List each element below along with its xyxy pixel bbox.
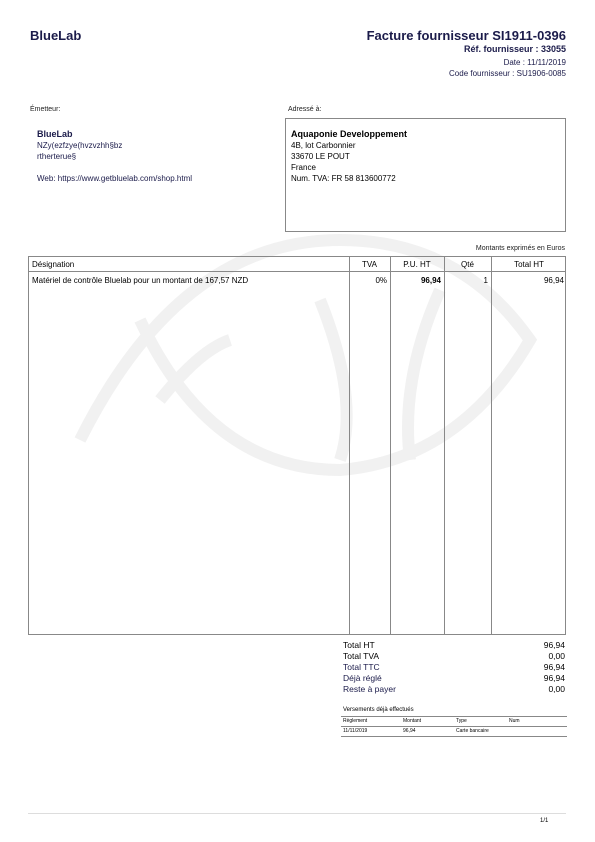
payments-col-header: Montant [403,718,421,724]
recipient-vat: Num. TVA: FR 58 813600772 [291,173,407,184]
total-label: Total TVA [343,651,379,662]
recipient-address-line: 33670 LE POUT [291,151,407,162]
total-value: 96,94 [544,673,565,684]
totals-block: Total HT96,94 Total TVA0,00 Total TTC96,… [343,640,565,695]
col-header-qty: Qté [444,260,491,269]
recipient-address-line: 4B, lot Carbonnier [291,140,407,151]
line-tva: 0% [349,276,387,285]
invoice-title: Facture fournisseur SI1911-0396 [367,28,566,43]
col-header-total-ht: Total HT [491,260,567,269]
total-value: 0,00 [548,684,565,695]
payments-col-header: Num [509,718,520,724]
payment-amount: 96,94 [403,728,416,734]
recipient-block: Aquaponie Developpement 4B, lot Carbonni… [291,129,407,184]
supplier-ref: Réf. fournisseur : 33055 [464,44,566,54]
sender-name: BlueLab [37,129,192,140]
line-pu-ht: 96,94 [390,276,441,285]
line-total-ht: 96,94 [491,276,564,285]
total-value: 0,00 [548,651,565,662]
sender-label: Émetteur: [30,106,60,113]
payment-type: Carte bancaire [456,728,489,734]
payments-header-row: Règlement Montant Type Num [341,716,567,726]
col-header-pu-ht: P.U. HT [390,260,444,269]
col-header-designation: Désignation [32,260,74,269]
total-label: Total TTC [343,662,380,673]
payments-col-header: Règlement [343,718,367,724]
total-tva-row: Total TVA0,00 [343,651,565,662]
payment-date: 11/11/2019 [343,728,367,734]
recipient-country: France [291,162,407,173]
supplier-code: Code fournisseur : SU1906-0085 [449,69,566,78]
sender-web: Web: https://www.getbluelab.com/shop.htm… [37,173,192,184]
footer-divider [28,813,566,814]
page-number: 1/1 [540,818,548,824]
total-label: Reste à payer [343,684,396,695]
invoice-lines-table: Désignation TVA P.U. HT Qté Total HT Mat… [28,256,566,635]
sender-address-line: NZy(ezfzye(hvzvzhh§bz [37,140,192,151]
invoice-date: Date : 11/11/2019 [504,58,566,67]
already-paid-row: Déjà réglé96,94 [343,673,565,684]
company-logo-text: BlueLab [30,28,81,43]
total-ttc-row: Total TTC96,94 [343,662,565,673]
col-header-tva: TVA [349,260,390,269]
currency-note: Montants exprimés en Euros [476,245,565,252]
recipient-label: Adressé à: [288,106,321,113]
total-ht-row: Total HT96,94 [343,640,565,651]
payments-title: Versements déjà effectués [343,707,414,713]
recipient-name: Aquaponie Developpement [291,129,407,140]
line-designation: Matériel de contrôle Bluelab pour un mon… [32,276,248,285]
total-value: 96,94 [544,640,565,651]
total-label: Déjà réglé [343,673,382,684]
sender-block: BlueLab NZy(ezfzye(hvzvzhh§bz rtherterue… [37,129,192,184]
line-qty: 1 [444,276,488,285]
total-value: 96,94 [544,662,565,673]
payments-col-header: Type [456,718,467,724]
total-label: Total HT [343,640,375,651]
sender-address-line: rtherterue§ [37,151,192,162]
payments-table: Règlement Montant Type Num 11/11/2019 96… [341,716,567,737]
remaining-row: Reste à payer0,00 [343,684,565,695]
payment-row: 11/11/2019 96,94 Carte bancaire [341,726,567,737]
